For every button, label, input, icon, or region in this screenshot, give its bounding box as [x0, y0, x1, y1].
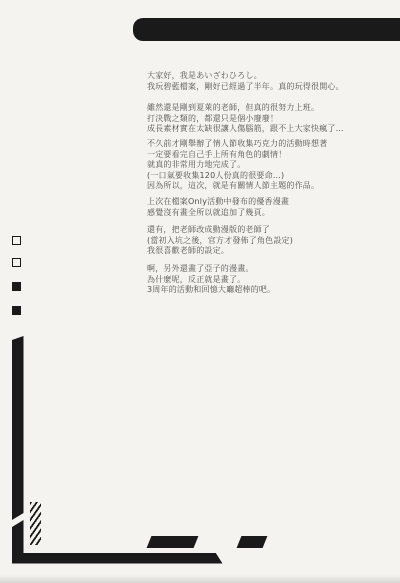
afterword-line: (當初入坑之後，官方才發佈了角色設定)	[147, 236, 293, 247]
deco-parallelogram-small	[237, 536, 268, 548]
deco-square-filled-2	[12, 306, 21, 315]
afterword-paragraph-3: 不久前才剛舉辦了情人節收集巧克力的活動時想著 一定要看完自己手上所有角色的劇情！…	[147, 139, 327, 192]
deco-parallelogram-large	[147, 536, 199, 548]
deco-vertical-bar-upper	[12, 336, 24, 520]
scanned-afterword-page: 大家好，我是あいざわひろし。 我玩碧藍檔案，剛好已經過了半年。真的玩得很開心。 …	[0, 0, 400, 583]
afterword-paragraph-2: 雖然還是剛到夏萊的老師，但真的很努力上班。 打決戰之類的，都還只是個小廢廢！ 成…	[147, 103, 344, 135]
afterword-paragraph-5: 還有，把老師改成動漫版的老師了 (當初入坑之後，官方才發佈了角色設定) 我很喜歡…	[147, 225, 293, 257]
afterword-line: 為什麼呢，反正就是畫了。	[147, 275, 275, 286]
deco-square-filled-1	[12, 282, 21, 291]
afterword-text-block: 大家好，我是あいざわひろし。 我玩碧藍檔案，剛好已經過了半年。真的玩得很開心。 …	[0, 0, 400, 583]
afterword-line: 就真的非常用力地完成了。	[147, 160, 327, 171]
afterword-line: 成長素材實在太缺很讓人傷腦筋，跟不上大家快瘋了…	[147, 124, 344, 135]
afterword-line: 上次在檔案Only活動中發布的優香漫畫	[147, 197, 289, 208]
afterword-paragraph-6: 啊，另外還畫了亞子的漫畫。 為什麼呢，反正就是畫了。 3周年的活動和回憶大廳超棒…	[147, 264, 275, 296]
afterword-paragraph-4: 上次在檔案Only活動中發布的優香漫畫 感覺沒有畫全所以就追加了幾頁。	[147, 197, 289, 218]
afterword-line: 我玩碧藍檔案，剛好已經過了半年。真的玩得很開心。	[147, 82, 344, 93]
deco-square-outline-1	[12, 236, 21, 245]
afterword-line: 3周年的活動和回憶大廳超棒的吧。	[147, 285, 275, 296]
afterword-line: 雖然還是剛到夏萊的老師，但真的很努力上班。	[147, 103, 344, 114]
deco-square-outline-2	[12, 258, 21, 267]
afterword-line: 打決戰之類的，都還只是個小廢廢！	[147, 114, 344, 125]
deco-bottom-bar	[12, 553, 223, 564]
afterword-line: 還有，把老師改成動漫版的老師了	[147, 225, 293, 236]
afterword-line: 大家好，我是あいざわひろし。	[147, 71, 344, 82]
afterword-line: 啊，另外還畫了亞子的漫畫。	[147, 264, 275, 275]
afterword-line: (一口氣要收集120人份真的很要命…)	[147, 171, 327, 182]
afterword-line: 我很喜歡老師的設定。	[147, 246, 293, 257]
afterword-line: 一定要看完自己手上所有角色的劇情！	[147, 150, 327, 161]
afterword-paragraph-1: 大家好，我是あいざわひろし。 我玩碧藍檔案，剛好已經過了半年。真的玩得很開心。	[147, 71, 344, 92]
afterword-line: 因為所以，這次，就是有關情人節主題的作品。	[147, 181, 327, 192]
deco-hatch-marks	[30, 502, 41, 545]
afterword-line: 不久前才剛舉辦了情人節收集巧克力的活動時想著	[147, 139, 327, 150]
afterword-line: 感覺沒有畫全所以就追加了幾頁。	[147, 208, 289, 219]
